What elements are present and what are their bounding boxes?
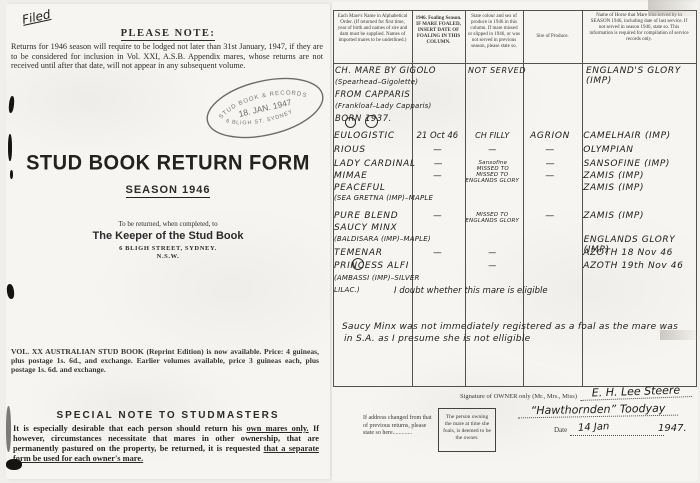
owner-address: “Hawthornden” Toodyay — [518, 402, 678, 419]
owner-definition-box: The person owning the mare at time she f… — [438, 408, 496, 452]
mare-name: (AMBASSI (IMP)–SILVER — [334, 274, 412, 282]
foaling-date — [412, 274, 464, 282]
sire-of-produce — [521, 261, 579, 271]
scan-artifact — [6, 406, 11, 452]
produce: — — [464, 261, 521, 271]
volume-availability-note: VOL. XX AUSTRALIAN STUD BOOK (Reprint Ed… — [11, 347, 319, 374]
served-by: ZAMIS (IMP) — [579, 183, 696, 193]
return-table-page: Each Mare's Name in Alphabetical Order. … — [332, 2, 698, 481]
foaling-date: — — [411, 248, 463, 258]
foaling-date — [411, 183, 463, 193]
scan-artifact — [345, 117, 356, 128]
sire-of-produce — [521, 194, 579, 202]
foaling-date — [412, 194, 464, 202]
sire-of-produce — [521, 274, 579, 282]
header-produce: State colour and sex of produce in 1946 … — [468, 14, 520, 50]
scan-artifact — [8, 96, 15, 113]
filed-annotation: Filed — [21, 7, 52, 27]
scan-artifact — [8, 134, 12, 161]
special-note-body: It is especially desirable that each per… — [13, 424, 319, 464]
mare-name: SAUCY MINX — [334, 223, 411, 233]
mare-name: (SEA GRETNA (IMP)–MAPLE — [334, 194, 412, 202]
owner-signature: E. H. Lee Steere — [580, 383, 692, 401]
foaling-date — [411, 223, 463, 233]
served-by — [580, 194, 696, 202]
produce: CH FILLY — [464, 131, 521, 141]
foaling-date — [411, 261, 463, 271]
foaling-date: 21 Oct 46 — [411, 131, 463, 141]
return-to-address-1: 6 BLIGH STREET, SYDNEY. — [6, 245, 330, 252]
mare-name: PEACEFUL — [334, 183, 411, 193]
date-value: 14 Jan — [578, 421, 610, 434]
address-change-note: If address changed from that of previous… — [363, 415, 437, 438]
return-to-intro: To be returned, when completed, to — [6, 220, 330, 228]
mare-entry-line: FROM CAPPARIS — [335, 90, 465, 100]
scanned-document: Filed PLEASE NOTE: Returns for 1946 seas… — [0, 0, 700, 483]
mare-name: PRINCESS ALFI — [334, 261, 411, 271]
please-note-heading: PLEASE NOTE: — [6, 28, 330, 39]
mare-entry-line: (Frankloaf–Lady Capparis) — [335, 102, 465, 110]
scan-artifact — [648, 0, 698, 16]
served-by-value: ENGLAND'S GLORY (IMP) — [586, 66, 698, 86]
table-row: (AMBASSI (IMP)–SILVER — [334, 274, 696, 282]
served-by: CAMELHAIR (IMP) — [579, 131, 696, 141]
date-dotted-line — [570, 435, 664, 436]
header-sire-of-produce: Sire of Produce. — [526, 34, 579, 40]
table-row: RIOUS — — — OLYMPIAN — [334, 145, 696, 155]
season-subtitle: SEASON 1946 — [6, 184, 330, 196]
eligibility-note: I doubt whether this mare is eligible — [394, 286, 548, 296]
table-row: (SEA GRETNA (IMP)–MAPLE — [334, 194, 696, 202]
memo-note-line2: in S.A. as I presume she is not elligibl… — [344, 334, 531, 344]
header-served-by: Name of Horse that Mare was served by in… — [588, 13, 690, 43]
scan-artifact — [10, 170, 13, 179]
table-row: PEACEFUL ZAMIS (IMP) — [334, 183, 696, 193]
served-by — [579, 286, 696, 294]
mare-entry-line: CH. MARE BY GIGOLO — [335, 66, 465, 76]
special-note-heading: SPECIAL NOTE TO STUDMASTERS — [6, 410, 330, 421]
served-by: AZOTH 19th Nov 46 — [579, 261, 696, 271]
memo-note-line1: Saucy Minx was not immediately registere… — [342, 322, 678, 332]
please-note-body: Returns for 1946 season will require to … — [11, 42, 323, 71]
served-by: AZOTH 18 Nov 46 — [579, 248, 696, 258]
mare-name: EULOGISTIC — [334, 131, 411, 141]
date-year: 1947. — [658, 423, 687, 434]
sire-of-produce — [521, 248, 579, 258]
mare-entry-line: (Spearhead–Gigolette) — [335, 78, 465, 86]
sire-of-produce: — — [521, 145, 579, 155]
mare-name: TEMENAR — [334, 248, 411, 258]
table-row: EULOGISTIC 21 Oct 46 CH FILLY AGRION CAM… — [334, 131, 696, 141]
foaling-date: — — [411, 145, 463, 155]
table-row: SAUCY MINX — [334, 223, 696, 233]
scan-artifact — [6, 459, 22, 470]
table-gridline — [333, 10, 696, 11]
served-by — [579, 223, 696, 233]
date-stamp: STUD BOOK & RECORDS 6 BLIGH ST. SYDNEY 1… — [197, 65, 333, 152]
produce — [464, 183, 521, 193]
served-by — [580, 274, 696, 282]
scan-artifact — [6, 284, 15, 300]
mare-name: RIOUS — [334, 145, 411, 155]
sire-of-produce — [521, 223, 579, 233]
table-row: PRINCESS ALFI — AZOTH 19th Nov 46 — [334, 261, 696, 271]
scan-artifact — [365, 115, 378, 128]
date-label: Date — [554, 426, 567, 434]
sire-of-produce: AGRION — [521, 131, 579, 141]
sire-of-produce — [521, 183, 579, 193]
not-served-note: NOT SERVED — [468, 66, 526, 75]
produce: — — [464, 248, 521, 258]
produce: — — [464, 145, 521, 155]
produce — [464, 223, 521, 233]
form-instructions-page: Filed PLEASE NOTE: Returns for 1946 seas… — [6, 4, 330, 479]
return-to-name: The Keeper of the Stud Book — [6, 230, 330, 242]
table-gridline — [333, 63, 696, 64]
signature-label: Signature of OWNER only (Mr., Mrs., Miss… — [460, 393, 577, 400]
return-to-address-2: N.S.W. — [6, 253, 330, 260]
table-row: TEMENAR — — AZOTH 18 Nov 46 — [334, 248, 696, 258]
header-mare-name: Each Mare's Name in Alphabetical Order. … — [336, 14, 409, 44]
produce — [464, 194, 521, 202]
form-title: STUD BOOK RETURN FORM — [6, 151, 330, 176]
served-by: OLYMPIAN — [579, 145, 696, 155]
produce — [464, 274, 521, 282]
scan-artifact — [660, 330, 700, 340]
header-foaling-season: 1946. Foaling Season. IF MARE FOALED, IN… — [415, 16, 462, 46]
